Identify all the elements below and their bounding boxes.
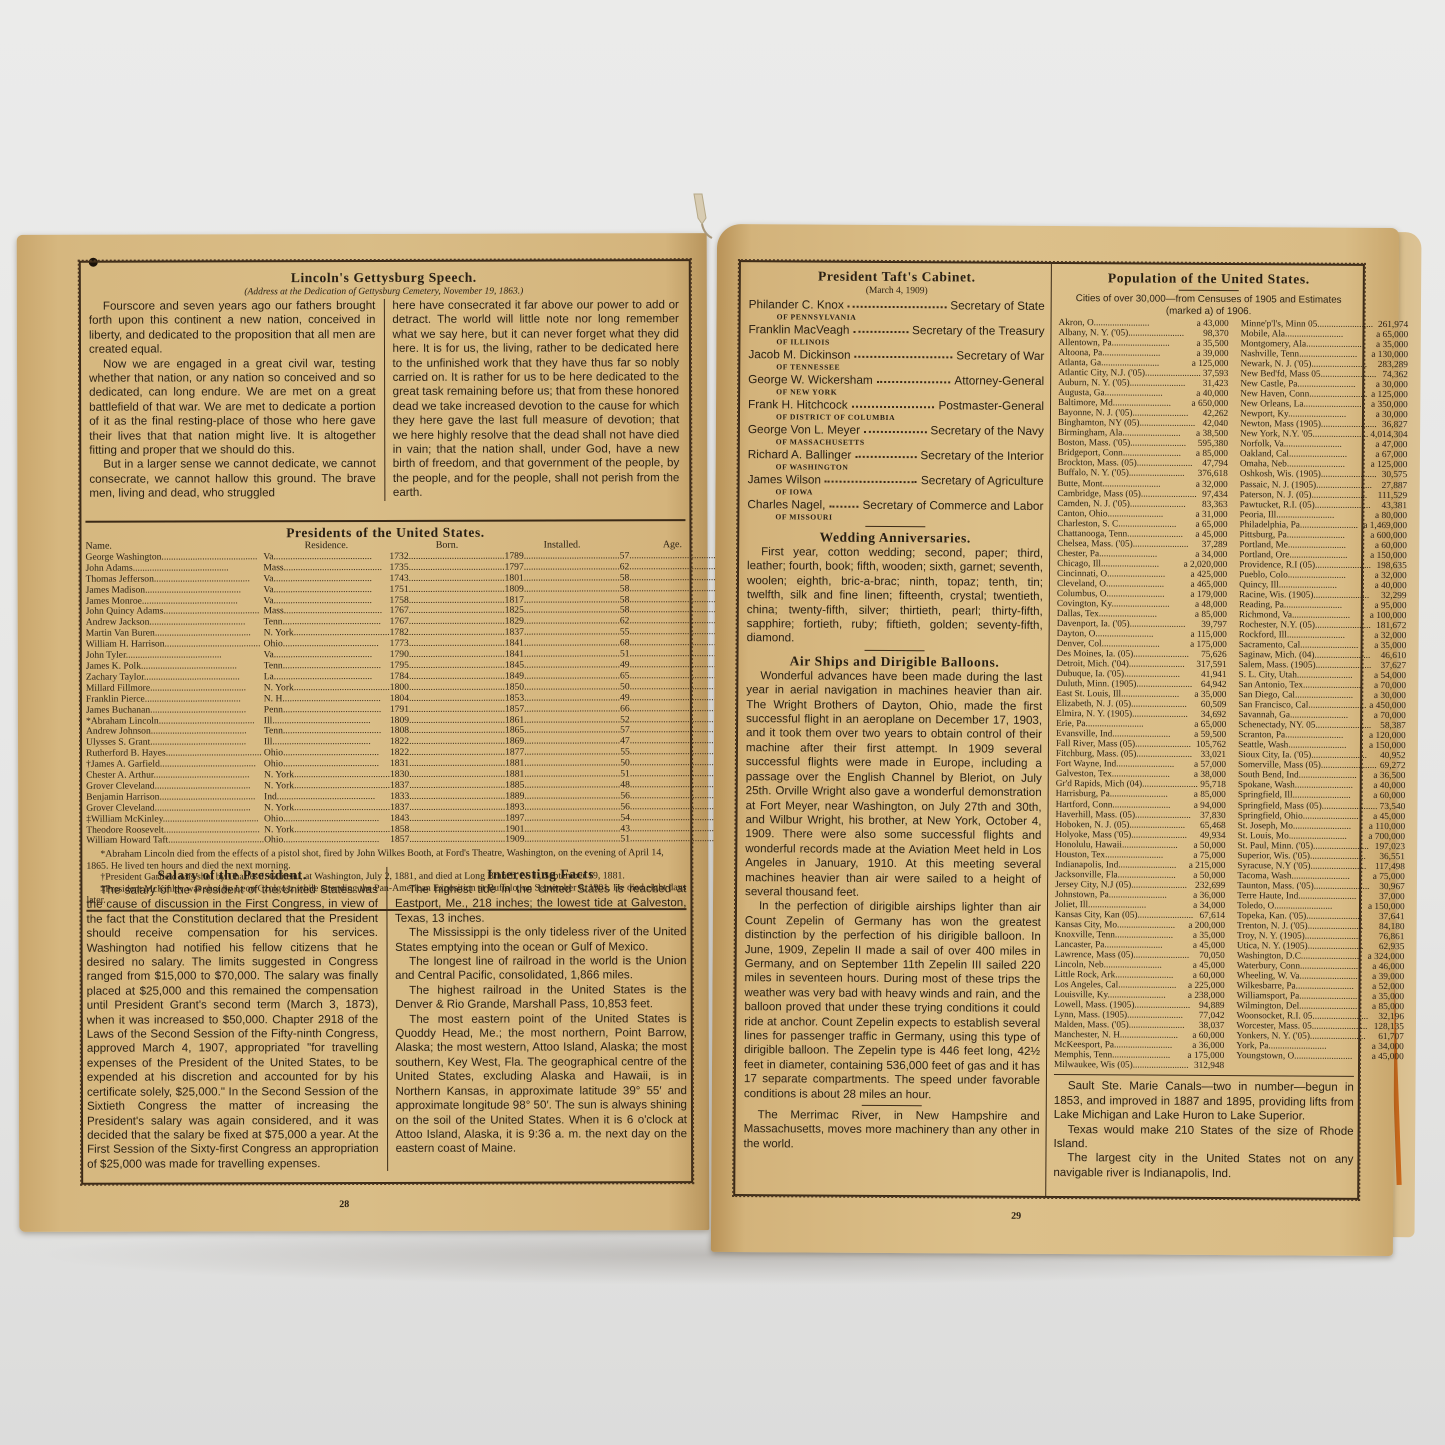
city-population: 32,196 (1376, 1012, 1404, 1022)
city-population: a 36,000 (1190, 1041, 1224, 1051)
city-population: a 45,000 (1370, 1052, 1404, 1062)
table-cell: 54 (620, 813, 726, 824)
city-population: a 35,000 (1370, 992, 1404, 1002)
city-population: 37,000 (1377, 892, 1405, 902)
table-cell: 55 (620, 627, 726, 638)
city-population: a 125,000 (1369, 390, 1408, 400)
facts-section: Interesting Facts The highest tide in th… (395, 866, 687, 1171)
table-cell: Benjamin Harrison (86, 792, 264, 803)
table-cell: 58 (620, 584, 726, 595)
table-cell: 1825 (505, 606, 620, 617)
city-population: a 60,000 (1373, 541, 1407, 551)
city-population: a 40,000 (1371, 781, 1405, 791)
city-population: a 43,000 (1195, 319, 1229, 329)
divider (85, 519, 685, 523)
city-population: a 70,000 (1372, 681, 1406, 691)
airships-section: Air Ships and Dirigible Balloons. Wonder… (743, 653, 1042, 1153)
city-population: 111,529 (1376, 490, 1408, 500)
table-cell: 1893 (505, 802, 620, 813)
city-population: a 150,000 (1367, 741, 1406, 751)
city-population: a 60,000 (1190, 1031, 1224, 1041)
table-cell: 1784 (390, 672, 505, 683)
wedding-text: First year, cotton wedding; second, pape… (747, 545, 1044, 648)
cabinet-list: Philander C. KnoxSecretary of StateOF PE… (747, 297, 1044, 524)
table-cell: Rutherford B. Hayes (86, 748, 264, 759)
city-population: a 45,000 (1191, 941, 1225, 951)
salary-title: Salary of the President. (86, 867, 378, 884)
table-cell: 1861 (505, 715, 620, 726)
table-cell: 1758 (390, 595, 505, 606)
city-population: 30,575 (1380, 470, 1408, 480)
city-population: a 85,000 (1194, 449, 1228, 459)
city-population: a 115,000 (1188, 630, 1226, 640)
table-cell: Grover Cleveland (86, 803, 264, 814)
table-cell: Ohio (264, 835, 390, 846)
table-cell: Martin Van Buren (86, 629, 264, 640)
city-population: 83,363 (1200, 499, 1228, 509)
cabinet-member-office: Postmaster-General (938, 398, 1044, 413)
city-population: 312,948 (1192, 1061, 1224, 1071)
table-cell: Chester A. Arthur (86, 770, 264, 781)
population-facts: Sault Ste. Marie Canals—two in number—be… (1053, 1074, 1354, 1182)
city-population: a 59,500 (1192, 730, 1226, 740)
leader-dots (853, 323, 908, 333)
city-population: a 700,000 (1366, 831, 1405, 841)
city-population: 376,618 (1196, 469, 1228, 479)
city-population: a 95,000 (1372, 601, 1406, 611)
city-population: 37,593 (1201, 369, 1229, 379)
table-cell: N. York (264, 770, 390, 781)
city-population: 98,370 (1201, 329, 1229, 339)
city-population: 105,762 (1194, 740, 1226, 750)
cabinet-member-office: Secretary of State (950, 298, 1045, 313)
leader-dots (855, 348, 953, 359)
page-number-right: 29 (1011, 1211, 1021, 1222)
city-population: 64,942 (1199, 680, 1227, 690)
table-cell: Zachary Taylor (86, 672, 264, 683)
city-population: a 52,000 (1370, 982, 1404, 992)
table-cell: 1889 (505, 791, 620, 802)
presidents-header: Installed. (505, 540, 620, 551)
gettysburg-section: Lincoln's Gettysburg Speech. (Address at… (89, 269, 680, 501)
table-cell: Tenn. (264, 726, 390, 737)
table-cell: N. York (264, 781, 390, 792)
merrimac-text: The Merrimac River, in New Hampshire and… (743, 1108, 1039, 1153)
city-population: a 45,000 (1371, 811, 1405, 821)
cabinet-member-office: Attorney-General (954, 373, 1044, 388)
city-population: 43,381 (1380, 501, 1408, 511)
city-population: 30,967 (1377, 882, 1405, 892)
city-population: a 47,000 (1373, 440, 1407, 450)
city-population: 27,887 (1380, 480, 1408, 490)
city-population: 33,021 (1198, 750, 1226, 760)
table-cell: 47 (620, 736, 726, 747)
city-population: a 32,000 (1372, 631, 1406, 641)
city-population: 42,262 (1201, 409, 1229, 419)
city-population: a 65,000 (1192, 720, 1226, 730)
city-population: 37,641 (1377, 912, 1405, 922)
city-population: a 85,000 (1193, 610, 1227, 620)
column-divider (383, 299, 385, 501)
city-population: a 50,000 (1191, 871, 1225, 881)
page-number-left: 28 (339, 1199, 349, 1210)
city-population: a 54,000 (1372, 671, 1406, 681)
table-cell: Va. (263, 552, 389, 563)
table-cell: Ind. (264, 792, 390, 803)
paragraph: The longest line of railroad in the worl… (395, 954, 687, 984)
table-cell: 1808 (390, 726, 505, 737)
table-cell: 1877 (505, 748, 620, 759)
city-population: a 70,000 (1372, 711, 1406, 721)
city-population: 47,794 (1200, 459, 1228, 469)
table-cell: 1909 (505, 835, 620, 846)
city-population: a 650,000 (1190, 399, 1229, 409)
city-population: 75,626 (1199, 650, 1227, 660)
table-cell: 51 (620, 835, 726, 846)
cabinet-title: President Taft's Cabinet. (749, 268, 1045, 286)
cabinet-member-name: James Wilson (748, 472, 822, 486)
table-cell: 56 (620, 791, 726, 802)
city-population: a 75,000 (1371, 872, 1405, 882)
city-population: 181,672 (1374, 621, 1406, 631)
table-cell: La. (264, 672, 390, 683)
table-cell: Ill. (264, 737, 390, 748)
city-population: a 80,000 (1373, 511, 1407, 521)
divider (865, 526, 925, 527)
table-cell: 1800 (390, 682, 505, 693)
table-cell: 1850 (505, 682, 620, 693)
table-cell: Penn. (264, 705, 390, 716)
leader-dots (825, 473, 917, 484)
leader-dots (877, 373, 951, 383)
paragraph: The most eastern point of the United Sta… (395, 1012, 687, 1157)
table-cell: 1817 (505, 595, 620, 606)
city-population: a 150,000 (1368, 551, 1407, 561)
city-population: a 57,000 (1192, 760, 1226, 770)
table-cell: 1869 (505, 737, 620, 748)
table-cell: Mass. (263, 563, 389, 574)
table-cell: Grover Cleveland (86, 781, 264, 792)
table-cell: 65 (620, 671, 726, 682)
table-cell: ‡William McKinley (86, 814, 264, 825)
city-population: a 200,000 (1186, 921, 1225, 931)
column-divider (1230, 319, 1235, 1071)
table-cell: 1743 (389, 573, 504, 584)
table-cell: Ill. (264, 715, 390, 726)
city-population: a 120,000 (1367, 731, 1406, 741)
city-population: a 238,000 (1186, 991, 1225, 1001)
salary-section: Salary of the President. The salary of t… (86, 867, 378, 1172)
city-population: a 45,000 (1191, 961, 1225, 971)
cabinet-member-office: Secretary of the Treasury (912, 323, 1045, 338)
city-population: 283,289 (1376, 360, 1408, 370)
table-cell: Mass. (263, 606, 389, 617)
city-population: a 30,000 (1372, 691, 1406, 701)
paragraph: Sault Ste. Marie Canals—two in number—be… (1054, 1079, 1354, 1124)
city-population: a 150,000 (1366, 902, 1405, 912)
city-population: 97,434 (1200, 489, 1228, 499)
table-cell: Ulysses S. Grant (86, 738, 264, 749)
table-cell: 50 (620, 682, 726, 693)
city-population: 38,037 (1197, 1021, 1225, 1031)
table-cell: 1857 (505, 704, 620, 715)
table-cell: 58 (620, 573, 726, 584)
table-cell: Andrew Johnson (86, 727, 264, 738)
population-row: Milwaukee, Wis (05)312,948 (1054, 1060, 1224, 1071)
population-title: Population of the United States. (1059, 270, 1359, 288)
leader-dots (864, 423, 926, 433)
city-population: 65,468 (1198, 820, 1226, 830)
city-population: 317,591 (1194, 660, 1226, 670)
cabinet-member-office: Secretary of War (956, 348, 1044, 363)
facts-title: Interesting Facts (395, 866, 687, 883)
city-population: 197,023 (1373, 842, 1405, 852)
table-cell: 1845 (505, 660, 620, 671)
table-cell: Va. (263, 595, 389, 606)
table-cell: Ohio (264, 748, 390, 759)
presidents-header: Name. (85, 541, 263, 552)
city-population: a 600,000 (1368, 531, 1407, 541)
city-population: 39,797 (1199, 620, 1227, 630)
city-population: a 34,000 (1193, 550, 1227, 560)
city-population: 77,042 (1197, 1011, 1225, 1021)
city-name: Milwaukee, Wis (05) (1054, 1060, 1192, 1071)
table-cell: 1897 (505, 813, 620, 824)
city-population: 37,830 (1198, 810, 1226, 820)
paragraph: In the perfection of dirigible airships … (744, 899, 1041, 1102)
table-cell: 58 (620, 595, 726, 606)
table-cell: 1751 (390, 584, 505, 595)
city-population: a 34,000 (1370, 1042, 1404, 1052)
city-population: 62,935 (1377, 942, 1405, 952)
city-population: 32,299 (1379, 591, 1407, 601)
city-population: a 425,000 (1188, 570, 1227, 580)
presidents-title: Presidents of the United States. (85, 524, 685, 542)
city-population: a 50,000 (1191, 840, 1225, 850)
divider (1179, 290, 1239, 291)
city-population: a 36,000 (1191, 891, 1225, 901)
cabinet-member-name: Franklin MacVeagh (748, 322, 849, 337)
city-population: a 32,000 (1373, 571, 1407, 581)
city-population: a 45,000 (1193, 529, 1227, 539)
table-cell: 1853 (505, 693, 620, 704)
table-cell: George Washington (86, 552, 264, 563)
cabinet-member-office: Secretary of the Interior (920, 448, 1043, 463)
city-population: 70,050 (1197, 951, 1225, 961)
table-cell: 1767 (390, 606, 505, 617)
table-cell: John Quincy Adams (86, 607, 264, 618)
city-population: a 34,000 (1191, 901, 1225, 911)
city-population: a 60,000 (1191, 971, 1225, 981)
paragraph: here have consecrated it far above our p… (392, 298, 679, 500)
population-section: Population of the United States. Cities … (1053, 270, 1359, 1182)
table-cell: 1822 (390, 748, 505, 759)
population-intro: Cities of over 30,000—from Censuses of 1… (1059, 293, 1359, 318)
table-cell: 57 (620, 551, 726, 562)
cabinet-member-name: Frank H. Hitchcock (748, 397, 848, 412)
city-population: a 215,000 (1187, 860, 1226, 870)
table-cell: †James A. Garfield (86, 759, 264, 770)
city-population: a 60,000 (1371, 791, 1405, 801)
city-population: a 110,000 (1367, 821, 1405, 831)
table-cell: 1735 (389, 562, 504, 573)
salary-text: The salary of the President of the Unite… (86, 883, 378, 1172)
city-population: 60,509 (1199, 700, 1227, 710)
table-cell: N. York (264, 628, 390, 639)
table-cell: 1732 (389, 552, 504, 563)
city-population: a 38,000 (1192, 770, 1226, 780)
city-population: 117,498 (1373, 862, 1405, 872)
city-population: a 75,000 (1191, 850, 1225, 860)
wedding-section: Wedding Anniversaries. First year, cotto… (747, 529, 1044, 648)
table-cell: 43 (620, 824, 726, 835)
paragraph: The largest city in the United States no… (1053, 1151, 1353, 1182)
city-population: 37,627 (1379, 661, 1407, 671)
city-population: 34,692 (1199, 710, 1227, 720)
table-cell: 68 (620, 638, 726, 649)
city-population: a 85,000 (1192, 790, 1226, 800)
city-population: 37,289 (1200, 540, 1228, 550)
paragraph: Now we are engaged in a great civil war,… (89, 357, 376, 459)
city-population: 40,952 (1378, 751, 1406, 761)
population-column-2: Minne'p'l's, Minn 05261,974Mobile, Ala.a… (1236, 319, 1408, 1072)
city-population: a 225,000 (1186, 981, 1225, 991)
table-cell: 1831 (390, 759, 505, 770)
city-population: a 130,000 (1369, 350, 1408, 360)
table-cell: Ohio (264, 814, 390, 825)
cabinet-section: President Taft's Cabinet. (March 4, 1909… (747, 268, 1045, 524)
city-population: 198,635 (1374, 561, 1406, 571)
table-cell: 1789 (505, 551, 620, 562)
cabinet-member-name: Jacob M. Dickinson (748, 347, 850, 362)
left-page: Lincoln's Gettysburg Speech. (Address at… (17, 233, 710, 1232)
table-cell: 1858 (390, 824, 505, 835)
city-population: a 175,000 (1186, 1051, 1225, 1061)
table-cell: 1901 (505, 824, 620, 835)
city-population: a 35,000 (1372, 641, 1406, 651)
table-cell: John Adams (86, 563, 264, 574)
paragraph: Fourscore and seven years ago our father… (89, 299, 376, 357)
table-cell: 1791 (390, 704, 505, 715)
city-population: a 30,000 (1374, 380, 1408, 390)
paragraph: Texas would make 210 States of the size … (1053, 1123, 1353, 1154)
table-cell: 66 (620, 704, 726, 715)
table-cell: 49 (620, 660, 726, 671)
city-population: a 94,000 (1192, 800, 1226, 810)
table-cell: Va. (263, 585, 389, 596)
table-cell: Va. (263, 574, 389, 585)
city-population: 41,941 (1199, 670, 1227, 680)
table-cell: James Madison (86, 585, 264, 596)
population-row: Youngstown, O.a 45,000 (1236, 1051, 1404, 1062)
city-population: a 175,000 (1188, 640, 1227, 650)
city-population: 595,380 (1196, 439, 1228, 449)
table-cell: 1837 (390, 781, 505, 792)
city-population: a 450,000 (1367, 701, 1406, 711)
cabinet-member-name: Philander C. Knox (749, 297, 844, 312)
table-cell: Tenn. (264, 661, 390, 672)
city-population: a 30,000 (1374, 410, 1408, 420)
city-population: 94,889 (1197, 1001, 1225, 1011)
city-population: 31,423 (1201, 379, 1229, 389)
table-cell: 62 (620, 616, 726, 627)
table-cell: 1841 (505, 649, 620, 660)
table-cell: 1801 (505, 573, 620, 584)
table-cell: *Abraham Lincoln (86, 716, 264, 727)
table-cell: 1830 (390, 770, 505, 781)
table-cell: 1797 (505, 562, 620, 573)
cabinet-member-name: George Von L. Meyer (748, 422, 860, 437)
column-divider (1045, 264, 1052, 1196)
table-cell: 1841 (505, 638, 620, 649)
city-population: 58,387 (1378, 721, 1406, 731)
city-population: 69,272 (1378, 761, 1406, 771)
city-population: 46,610 (1379, 651, 1407, 661)
table-cell: 1790 (390, 650, 505, 661)
table-cell: 58 (620, 605, 726, 616)
cabinet-member-office: Secretary of the Navy (930, 423, 1044, 438)
airships-title: Air Ships and Dirigible Balloons. (746, 653, 1042, 671)
table-cell: 1885 (505, 780, 620, 791)
paragraph: The highest railroad in the United State… (395, 983, 687, 1013)
city-population: a 465,000 (1188, 580, 1227, 590)
table-cell: 1881 (505, 769, 620, 780)
table-cell: Ohio (264, 759, 390, 770)
city-population: a 36,500 (1371, 771, 1405, 781)
gettysburg-title: Lincoln's Gettysburg Speech. (89, 269, 679, 287)
presidents-header: Born. (389, 541, 504, 552)
city-population: a 35,000 (1374, 340, 1408, 350)
city-population: a 1,469,000 (1361, 520, 1407, 530)
right-page: President Taft's Cabinet. (March 4, 1909… (711, 224, 1399, 1256)
paragraph: The highest tide in the United States is… (395, 882, 687, 926)
paragraph: But in a larger sense we cannot dedicate… (89, 457, 376, 501)
table-cell: 1829 (505, 617, 620, 628)
city-population: 73,540 (1378, 801, 1406, 811)
divider (862, 1105, 922, 1106)
table-cell: Millard Fillmore (86, 683, 264, 694)
city-population: 95,718 (1198, 780, 1226, 790)
city-population: a 85,000 (1370, 1002, 1404, 1012)
table-cell: Andrew Jackson (86, 618, 264, 629)
city-population: 128,135 (1372, 1022, 1404, 1032)
city-population: 42,040 (1200, 419, 1228, 429)
table-cell: Ohio (264, 639, 390, 650)
column-divider (386, 867, 388, 1171)
city-population: 4,014,304 (1368, 430, 1407, 440)
paragraph: The Mississippi is the only tideless riv… (395, 925, 687, 955)
table-cell: 1804 (390, 693, 505, 704)
table-cell: 51 (620, 649, 726, 660)
city-population: a 39,000 (1194, 349, 1228, 359)
table-cell: 1857 (390, 835, 505, 846)
table-cell: 62 (620, 562, 726, 573)
leader-dots (852, 398, 935, 409)
leader-dots (848, 298, 947, 309)
cabinet-member-name: George W. Wickersham (748, 372, 873, 387)
city-population: a 125,000 (1369, 460, 1408, 470)
city-population: 61,707 (1376, 1032, 1404, 1042)
presidents-section: Presidents of the United States. Name.Re… (85, 516, 686, 914)
city-population: 261,974 (1376, 320, 1408, 330)
city-population: a 100,000 (1368, 611, 1407, 621)
table-cell: 1849 (505, 671, 620, 682)
cabinet-member-state: OF MISSOURI (775, 511, 1043, 524)
city-population: a 179,000 (1188, 590, 1227, 600)
table-cell: 1833 (390, 791, 505, 802)
divider (865, 650, 925, 651)
city-population: a 32,000 (1194, 479, 1228, 489)
